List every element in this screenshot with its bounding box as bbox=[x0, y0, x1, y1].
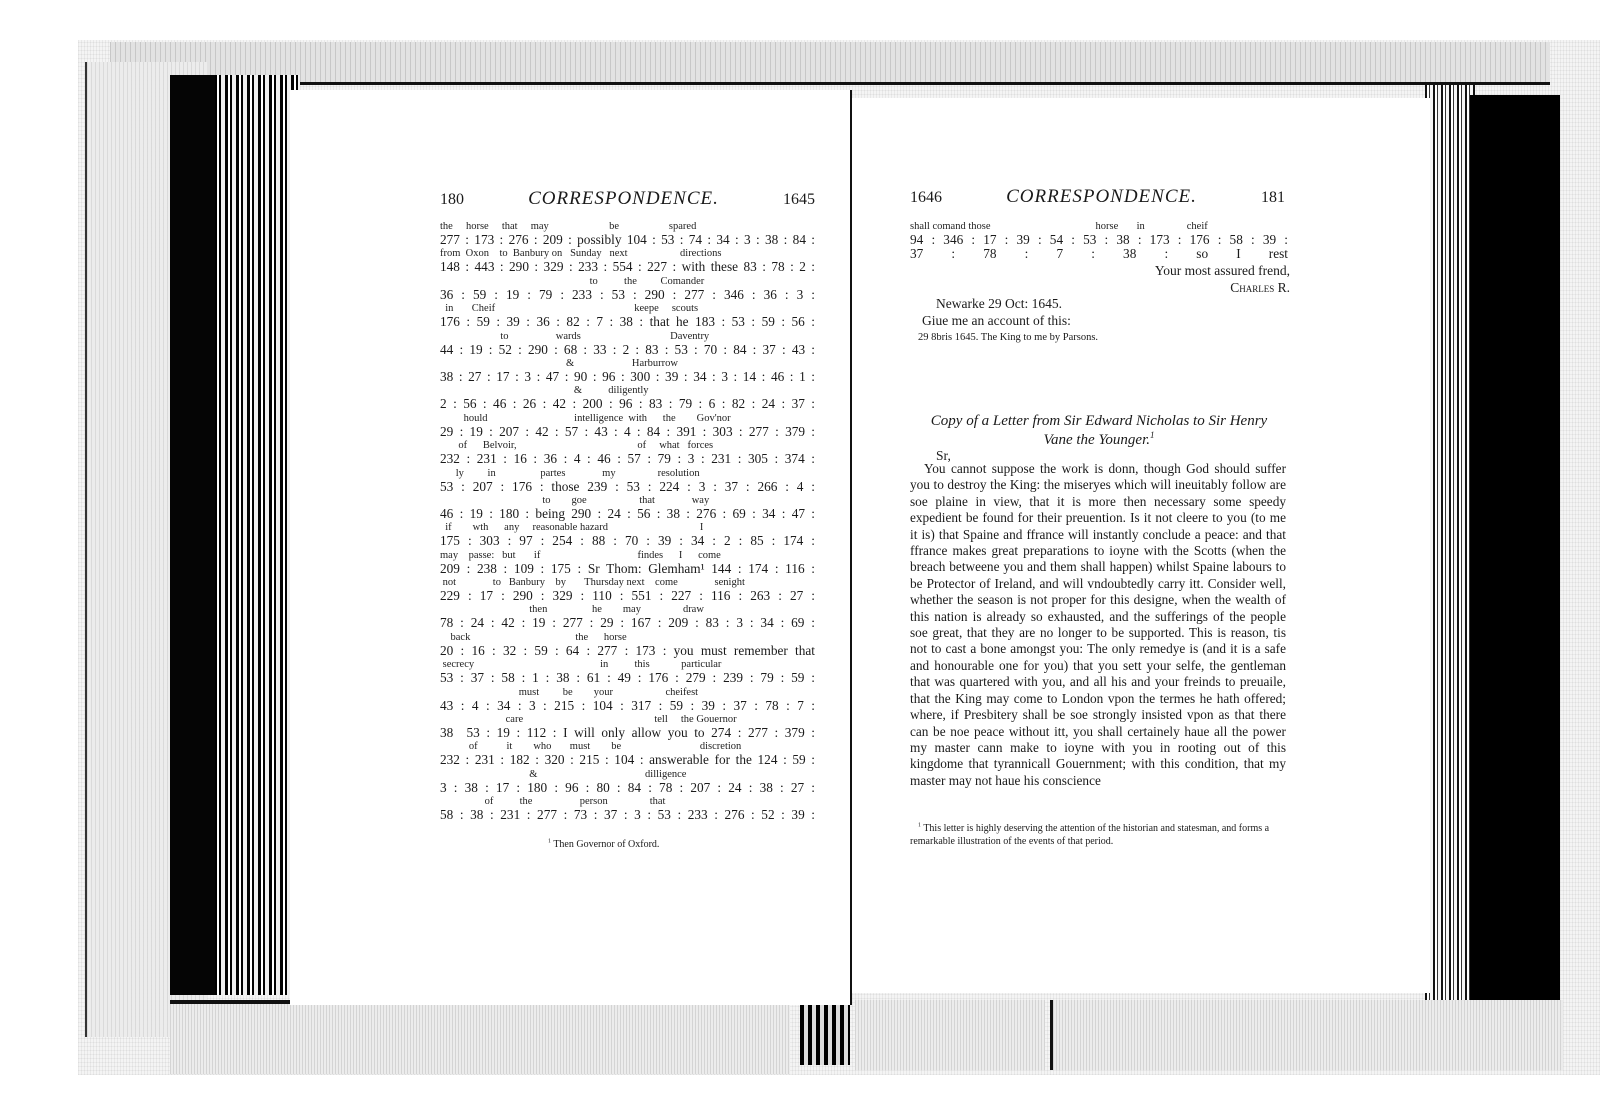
cipher-number-line: 176 : 59 : 39 : 36 : 82 : 7 : 38 : that … bbox=[440, 315, 815, 329]
book-spine bbox=[800, 995, 850, 1065]
cipher-decode-line: ly in partes my resolution bbox=[440, 467, 815, 480]
page-year: 1645 bbox=[783, 191, 815, 209]
cipher-number-line: 44 : 19 : 52 : 290 : 68 : 33 : 2 : 83 : … bbox=[440, 343, 815, 357]
cipher-text: the horse that may be spared277 : 173 : … bbox=[440, 220, 815, 823]
cipher-number-line: 29 : 19 : 207 : 42 : 57 : 43 : 4 : 84 : … bbox=[440, 425, 815, 439]
cipher-number-line: 37 : 78 : 7 : 38 : so I rest bbox=[910, 247, 1288, 261]
cipher-number-line: 229 : 17 : 290 : 329 : 110 : 551 : 227 :… bbox=[440, 589, 815, 603]
cipher-number-line: 20 : 16 : 32 : 59 : 64 : 277 : 173 : you… bbox=[440, 644, 815, 658]
page-number: 181 bbox=[1261, 189, 1285, 207]
letter-request: Giue me an account of this: bbox=[922, 313, 1302, 329]
cipher-number-line: 53 : 207 : 176 : those 239 : 53 : 224 : … bbox=[440, 480, 815, 494]
footnote: 1 Then Governor of Oxford. bbox=[548, 838, 659, 851]
letter-place-date: Newarke 29 Oct: 1645. bbox=[936, 296, 1316, 312]
book-base-middle bbox=[855, 1000, 1045, 1070]
cipher-decode-line: may passe: but if findes I come bbox=[440, 549, 815, 562]
endorsement: 29 8bris 1645. The King to me by Parsons… bbox=[918, 332, 1298, 343]
book-cover-right bbox=[1470, 95, 1560, 1000]
letter-body: You cannot suppose the work is donn, tho… bbox=[910, 461, 1286, 789]
cipher-decode-line: hould intelligence with the Gov'nor bbox=[440, 412, 815, 425]
cipher-text: shall comand those horse in cheif94 : 34… bbox=[910, 220, 1288, 262]
book-base-right bbox=[1050, 1000, 1563, 1070]
running-title: CORRESPONDENCE. bbox=[528, 188, 719, 210]
cipher-decode-line: back the horse bbox=[440, 631, 815, 644]
right-page: 1646 CORRESPONDENCE. 181 shall comand th… bbox=[852, 98, 1430, 993]
cipher-number-line: 58 : 38 : 231 : 277 : 73 : 37 : 3 : 53 :… bbox=[440, 808, 815, 822]
running-head: 1646 CORRESPONDENCE. 181 bbox=[910, 186, 1285, 208]
book-cover-top-edge bbox=[110, 42, 1550, 85]
cipher-number-line: 46 : 19 : 180 : being 290 : 24 : 56 : 38… bbox=[440, 507, 815, 521]
letter-heading: Copy of a Letter from Sir Edward Nichola… bbox=[910, 412, 1288, 450]
running-head: 180 CORRESPONDENCE. 1645 bbox=[440, 188, 815, 210]
cipher-number-line: 36 : 59 : 19 : 79 : 233 : 53 : 290 : 277… bbox=[440, 288, 815, 302]
letter-signature: Charles R. bbox=[910, 280, 1300, 296]
cipher-number-line: 175 : 303 : 97 : 254 : 88 : 70 : 39 : 34… bbox=[440, 534, 815, 548]
cipher-decode-line: to wards Daventry bbox=[440, 330, 815, 343]
cipher-number-line: 232 : 231 : 182 : 320 : 215 : 104 : answ… bbox=[440, 753, 815, 767]
page-number: 180 bbox=[440, 191, 464, 209]
cipher-decode-line: to goe that way bbox=[440, 494, 815, 507]
cipher-decode-line: & Harburrow bbox=[440, 357, 815, 370]
page-year: 1646 bbox=[910, 189, 942, 207]
cipher-number-line: 3 : 38 : 17 : 180 : 96 : 80 : 84 : 78 : … bbox=[440, 781, 815, 795]
left-page: 180 CORRESPONDENCE. 1645 the horse that … bbox=[290, 90, 852, 1005]
cipher-number-line: 277 : 173 : 276 : 209 : possibly 104 : 5… bbox=[440, 233, 815, 247]
cipher-number-line: 148 : 443 : 290 : 329 : 233 : 554 : 227 … bbox=[440, 260, 815, 274]
cipher-decode-line: must be your cheifest bbox=[440, 686, 815, 699]
cipher-number-line: 232 : 231 : 16 : 36 : 4 : 46 : 57 : 79 :… bbox=[440, 452, 815, 466]
cipher-number-line: 38 53 : 19 : 112 : I will only allow you… bbox=[440, 726, 815, 740]
running-title: CORRESPONDENCE. bbox=[1006, 186, 1197, 208]
page-edges-left bbox=[170, 75, 300, 995]
cipher-decode-line: & dilligence bbox=[440, 768, 815, 781]
cipher-number-line: 94 : 346 : 17 : 39 : 54 : 53 : 38 : 173 … bbox=[910, 233, 1288, 247]
page-edges-right bbox=[1425, 85, 1475, 1000]
cipher-number-line: 38 : 27 : 17 : 3 : 47 : 90 : 96 : 300 : … bbox=[440, 370, 815, 384]
cipher-number-line: 43 : 4 : 34 : 3 : 215 : 104 : 317 : 59 :… bbox=[440, 699, 815, 713]
cipher-number-line: 78 : 24 : 42 : 19 : 277 : 29 : 167 : 209… bbox=[440, 616, 815, 630]
footnote: 1 This letter is highly deserving the at… bbox=[910, 822, 1288, 848]
letter-closing: Your most assured frend, bbox=[910, 263, 1330, 279]
book-base-left bbox=[170, 1000, 790, 1074]
cipher-number-line: 53 : 37 : 58 : 1 : 38 : 61 : 49 : 176 : … bbox=[440, 671, 815, 685]
cipher-decode-line: to the Comander bbox=[440, 275, 815, 288]
cipher-number-line: 2 : 56 : 46 : 26 : 42 : 200 : 96 : 83 : … bbox=[440, 397, 815, 411]
cipher-number-line: 209 : 238 : 109 : 175 : Sr Thom: Glemham… bbox=[440, 562, 815, 576]
